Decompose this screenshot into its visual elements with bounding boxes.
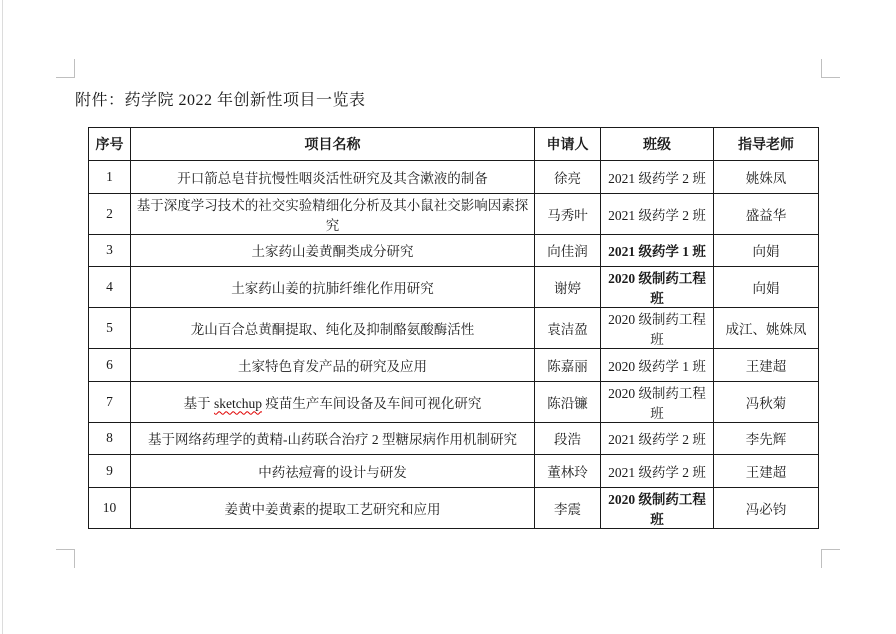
- serial-cell: 7: [89, 381, 131, 422]
- applicant-cell: 谢婷: [535, 267, 601, 308]
- applicant-cell: 李震: [535, 487, 601, 528]
- applicant-cell: 马秀叶: [535, 193, 601, 234]
- project-cell: 姜黄中姜黄素的提取工艺研究和应用: [131, 487, 535, 528]
- advisor-cell: 王建超: [714, 455, 819, 488]
- attachment-title: 附件：药学院 2022 年创新性项目一览表: [75, 87, 366, 110]
- table-row: 7基于 sketchup 疫苗生产车间设备及车间可视化研究陈沿镰2020 级制药…: [89, 381, 819, 422]
- advisor-cell: 冯必钧: [714, 487, 819, 528]
- serial-cell: 2: [89, 193, 131, 234]
- page-edge-line: [2, 0, 3, 634]
- serial-cell: 1: [89, 161, 131, 194]
- serial-cell: 3: [89, 234, 131, 267]
- margin-mark-bottom-left: [56, 549, 75, 568]
- advisor-cell: 王建超: [714, 349, 819, 382]
- project-cell: 中药祛痘膏的设计与研发: [131, 455, 535, 488]
- project-cell: 基于 sketchup 疫苗生产车间设备及车间可视化研究: [131, 381, 535, 422]
- table-row: 4土家药山姜的抗肺纤维化作用研究谢婷2020 级制药工程班向娟: [89, 267, 819, 308]
- applicant-cell: 董林玲: [535, 455, 601, 488]
- serial-cell: 6: [89, 349, 131, 382]
- project-cell: 土家药山姜黄酮类成分研究: [131, 234, 535, 267]
- project-cell: 土家药山姜的抗肺纤维化作用研究: [131, 267, 535, 308]
- column-header-applicant: 申请人: [535, 128, 601, 161]
- column-header-serial: 序号: [89, 128, 131, 161]
- header-row: 序号 项目名称 申请人 班级 指导老师: [89, 128, 819, 161]
- class-cell: 2020 级制药工程班: [601, 381, 714, 422]
- table-row: 5龙山百合总黄酮提取、纯化及抑制酪氨酸酶活性袁洁盈2020 级制药工程班成江、姚…: [89, 308, 819, 349]
- class-cell: 2020 级制药工程班: [601, 487, 714, 528]
- applicant-cell: 陈沿镰: [535, 381, 601, 422]
- class-cell: 2020 级制药工程班: [601, 308, 714, 349]
- projects-table-body: 1开口箭总皂苷抗慢性咽炎活性研究及其含漱液的制备徐亮2021 级药学 2 班姚姝…: [89, 161, 819, 529]
- applicant-cell: 陈嘉丽: [535, 349, 601, 382]
- class-cell: 2021 级药学 2 班: [601, 161, 714, 194]
- project-cell: 龙山百合总黄酮提取、纯化及抑制酪氨酸酶活性: [131, 308, 535, 349]
- project-cell: 基于网络药理学的黄精-山药联合治疗 2 型糖尿病作用机制研究: [131, 422, 535, 455]
- advisor-cell: 冯秋菊: [714, 381, 819, 422]
- applicant-cell: 段浩: [535, 422, 601, 455]
- advisor-cell: 成江、姚姝凤: [714, 308, 819, 349]
- margin-mark-top-left: [56, 59, 75, 78]
- project-cell: 土家特色育发产品的研究及应用: [131, 349, 535, 382]
- class-cell: 2021 级药学 1 班: [601, 234, 714, 267]
- column-header-class: 班级: [601, 128, 714, 161]
- advisor-cell: 向娟: [714, 234, 819, 267]
- serial-cell: 8: [89, 422, 131, 455]
- applicant-cell: 徐亮: [535, 161, 601, 194]
- advisor-cell: 向娟: [714, 267, 819, 308]
- advisor-cell: 盛益华: [714, 193, 819, 234]
- table-row: 3土家药山姜黄酮类成分研究向佳润2021 级药学 1 班向娟: [89, 234, 819, 267]
- project-cell: 开口箭总皂苷抗慢性咽炎活性研究及其含漱液的制备: [131, 161, 535, 194]
- class-cell: 2021 级药学 2 班: [601, 193, 714, 234]
- class-cell: 2021 级药学 2 班: [601, 422, 714, 455]
- advisor-cell: 李先辉: [714, 422, 819, 455]
- column-header-advisor: 指导老师: [714, 128, 819, 161]
- misspelled-word: sketchup: [214, 396, 262, 411]
- advisor-cell: 姚姝凤: [714, 161, 819, 194]
- serial-cell: 9: [89, 455, 131, 488]
- table-row: 8基于网络药理学的黄精-山药联合治疗 2 型糖尿病作用机制研究段浩2021 级药…: [89, 422, 819, 455]
- table-row: 9中药祛痘膏的设计与研发董林玲2021 级药学 2 班王建超: [89, 455, 819, 488]
- applicant-cell: 向佳润: [535, 234, 601, 267]
- serial-cell: 4: [89, 267, 131, 308]
- table-row: 1开口箭总皂苷抗慢性咽炎活性研究及其含漱液的制备徐亮2021 级药学 2 班姚姝…: [89, 161, 819, 194]
- class-cell: 2021 级药学 2 班: [601, 455, 714, 488]
- table-row: 6土家特色育发产品的研究及应用陈嘉丽2020 级药学 1 班王建超: [89, 349, 819, 382]
- serial-cell: 5: [89, 308, 131, 349]
- applicant-cell: 袁洁盈: [535, 308, 601, 349]
- column-header-project: 项目名称: [131, 128, 535, 161]
- class-cell: 2020 级药学 1 班: [601, 349, 714, 382]
- class-cell: 2020 级制药工程班: [601, 267, 714, 308]
- serial-cell: 10: [89, 487, 131, 528]
- document-page: 附件：药学院 2022 年创新性项目一览表 序号 项目名称 申请人 班级 指导老…: [0, 0, 896, 634]
- margin-mark-top-right: [821, 59, 840, 78]
- table-row: 10姜黄中姜黄素的提取工艺研究和应用李震2020 级制药工程班冯必钧: [89, 487, 819, 528]
- table-row: 2基于深度学习技术的社交实验精细化分析及其小鼠社交影响因素探究马秀叶2021 级…: [89, 193, 819, 234]
- margin-mark-bottom-right: [821, 549, 840, 568]
- project-cell: 基于深度学习技术的社交实验精细化分析及其小鼠社交影响因素探究: [131, 193, 535, 234]
- projects-table: 序号 项目名称 申请人 班级 指导老师 1开口箭总皂苷抗慢性咽炎活性研究及其含漱…: [88, 127, 819, 529]
- projects-table-head: 序号 项目名称 申请人 班级 指导老师: [89, 128, 819, 161]
